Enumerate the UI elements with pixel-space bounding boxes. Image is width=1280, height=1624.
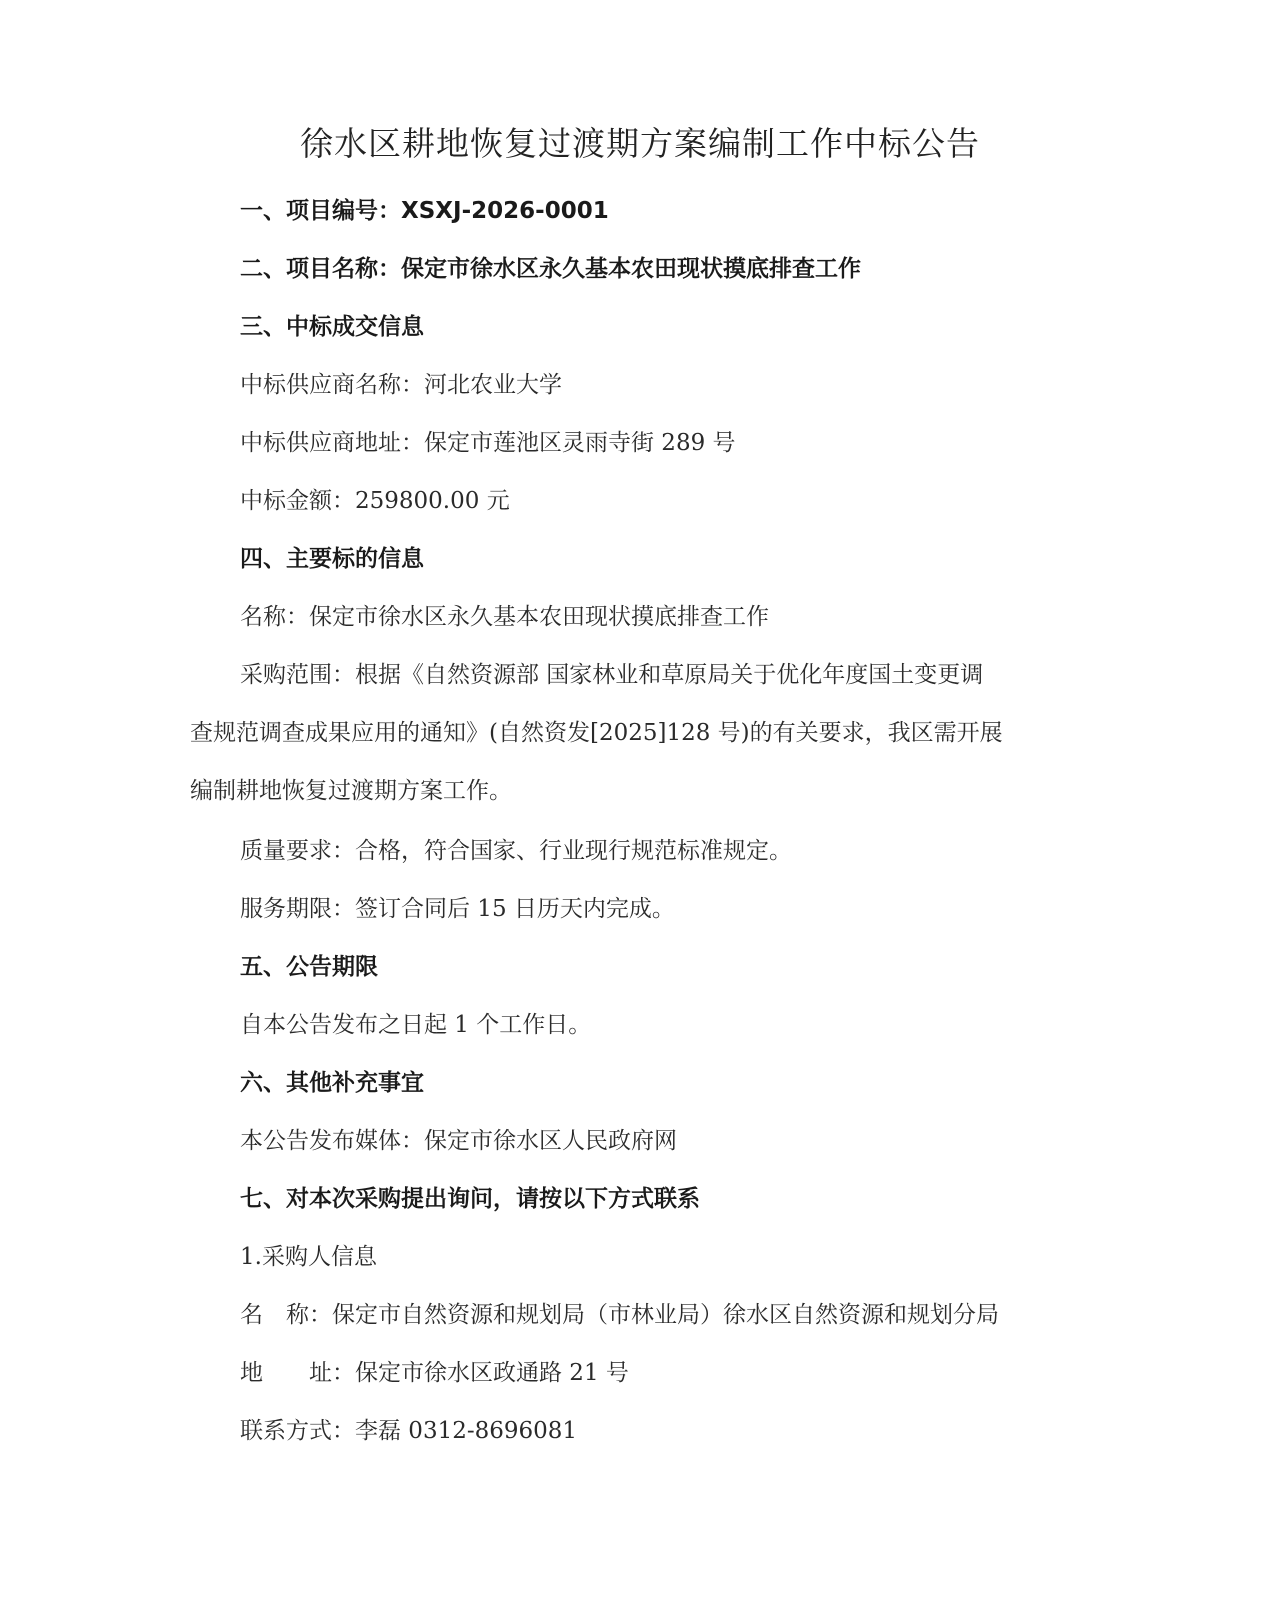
section-notice-period-heading: 五、公告期限 (240, 952, 378, 982)
section-project-number: 一、项目编号：XSXJ-2026-0001 (240, 196, 609, 226)
publication-media: 本公告发布媒体：保定市徐水区人民政府网 (240, 1126, 677, 1156)
section-subject-info-heading: 四、主要标的信息 (240, 544, 424, 574)
section-project-name: 二、项目名称：保定市徐水区永久基本农田现状摸底排查工作 (240, 254, 861, 284)
procurement-scope-line-3: 编制耕地恢复过渡期方案工作。 (190, 776, 512, 806)
notice-period-text: 自本公告发布之日起 1 个工作日。 (240, 1010, 591, 1040)
procurement-scope-line-2: 查规范调查成果应用的通知》(自然资发[2025]128 号)的有关要求，我区需开… (190, 718, 1003, 748)
purchaser-name: 名 称：保定市自然资源和规划局（市林业局）徐水区自然资源和规划分局 (240, 1300, 999, 1330)
supplier-address: 中标供应商地址：保定市莲池区灵雨寺街 289 号 (240, 428, 736, 458)
section-contact-heading: 七、对本次采购提出询问，请按以下方式联系 (240, 1184, 700, 1214)
section-award-info-heading: 三、中标成交信息 (240, 312, 424, 342)
purchaser-contact: 联系方式：李磊 0312-8696081 (240, 1416, 577, 1446)
section-other-matters-heading: 六、其他补充事宜 (240, 1068, 424, 1098)
document-title: 徐水区耕地恢复过渡期方案编制工作中标公告 (0, 118, 1280, 165)
purchaser-info-heading: 1.采购人信息 (240, 1242, 377, 1272)
supplier-name: 中标供应商名称：河北农业大学 (240, 370, 562, 400)
purchaser-address: 地 址：保定市徐水区政通路 21 号 (240, 1358, 629, 1388)
service-period: 服务期限：签订合同后 15 日历天内完成。 (240, 894, 675, 924)
document-page: 徐水区耕地恢复过渡期方案编制工作中标公告 一、项目编号：XSXJ-2026-00… (0, 0, 1280, 1624)
subject-name: 名称：保定市徐水区永久基本农田现状摸底排查工作 (240, 602, 769, 632)
award-amount: 中标金额：259800.00 元 (240, 486, 510, 516)
quality-requirement: 质量要求：合格，符合国家、行业现行规范标准规定。 (240, 836, 792, 866)
procurement-scope-line-1: 采购范围：根据《自然资源部 国家林业和草原局关于优化年度国土变更调 (240, 660, 983, 690)
